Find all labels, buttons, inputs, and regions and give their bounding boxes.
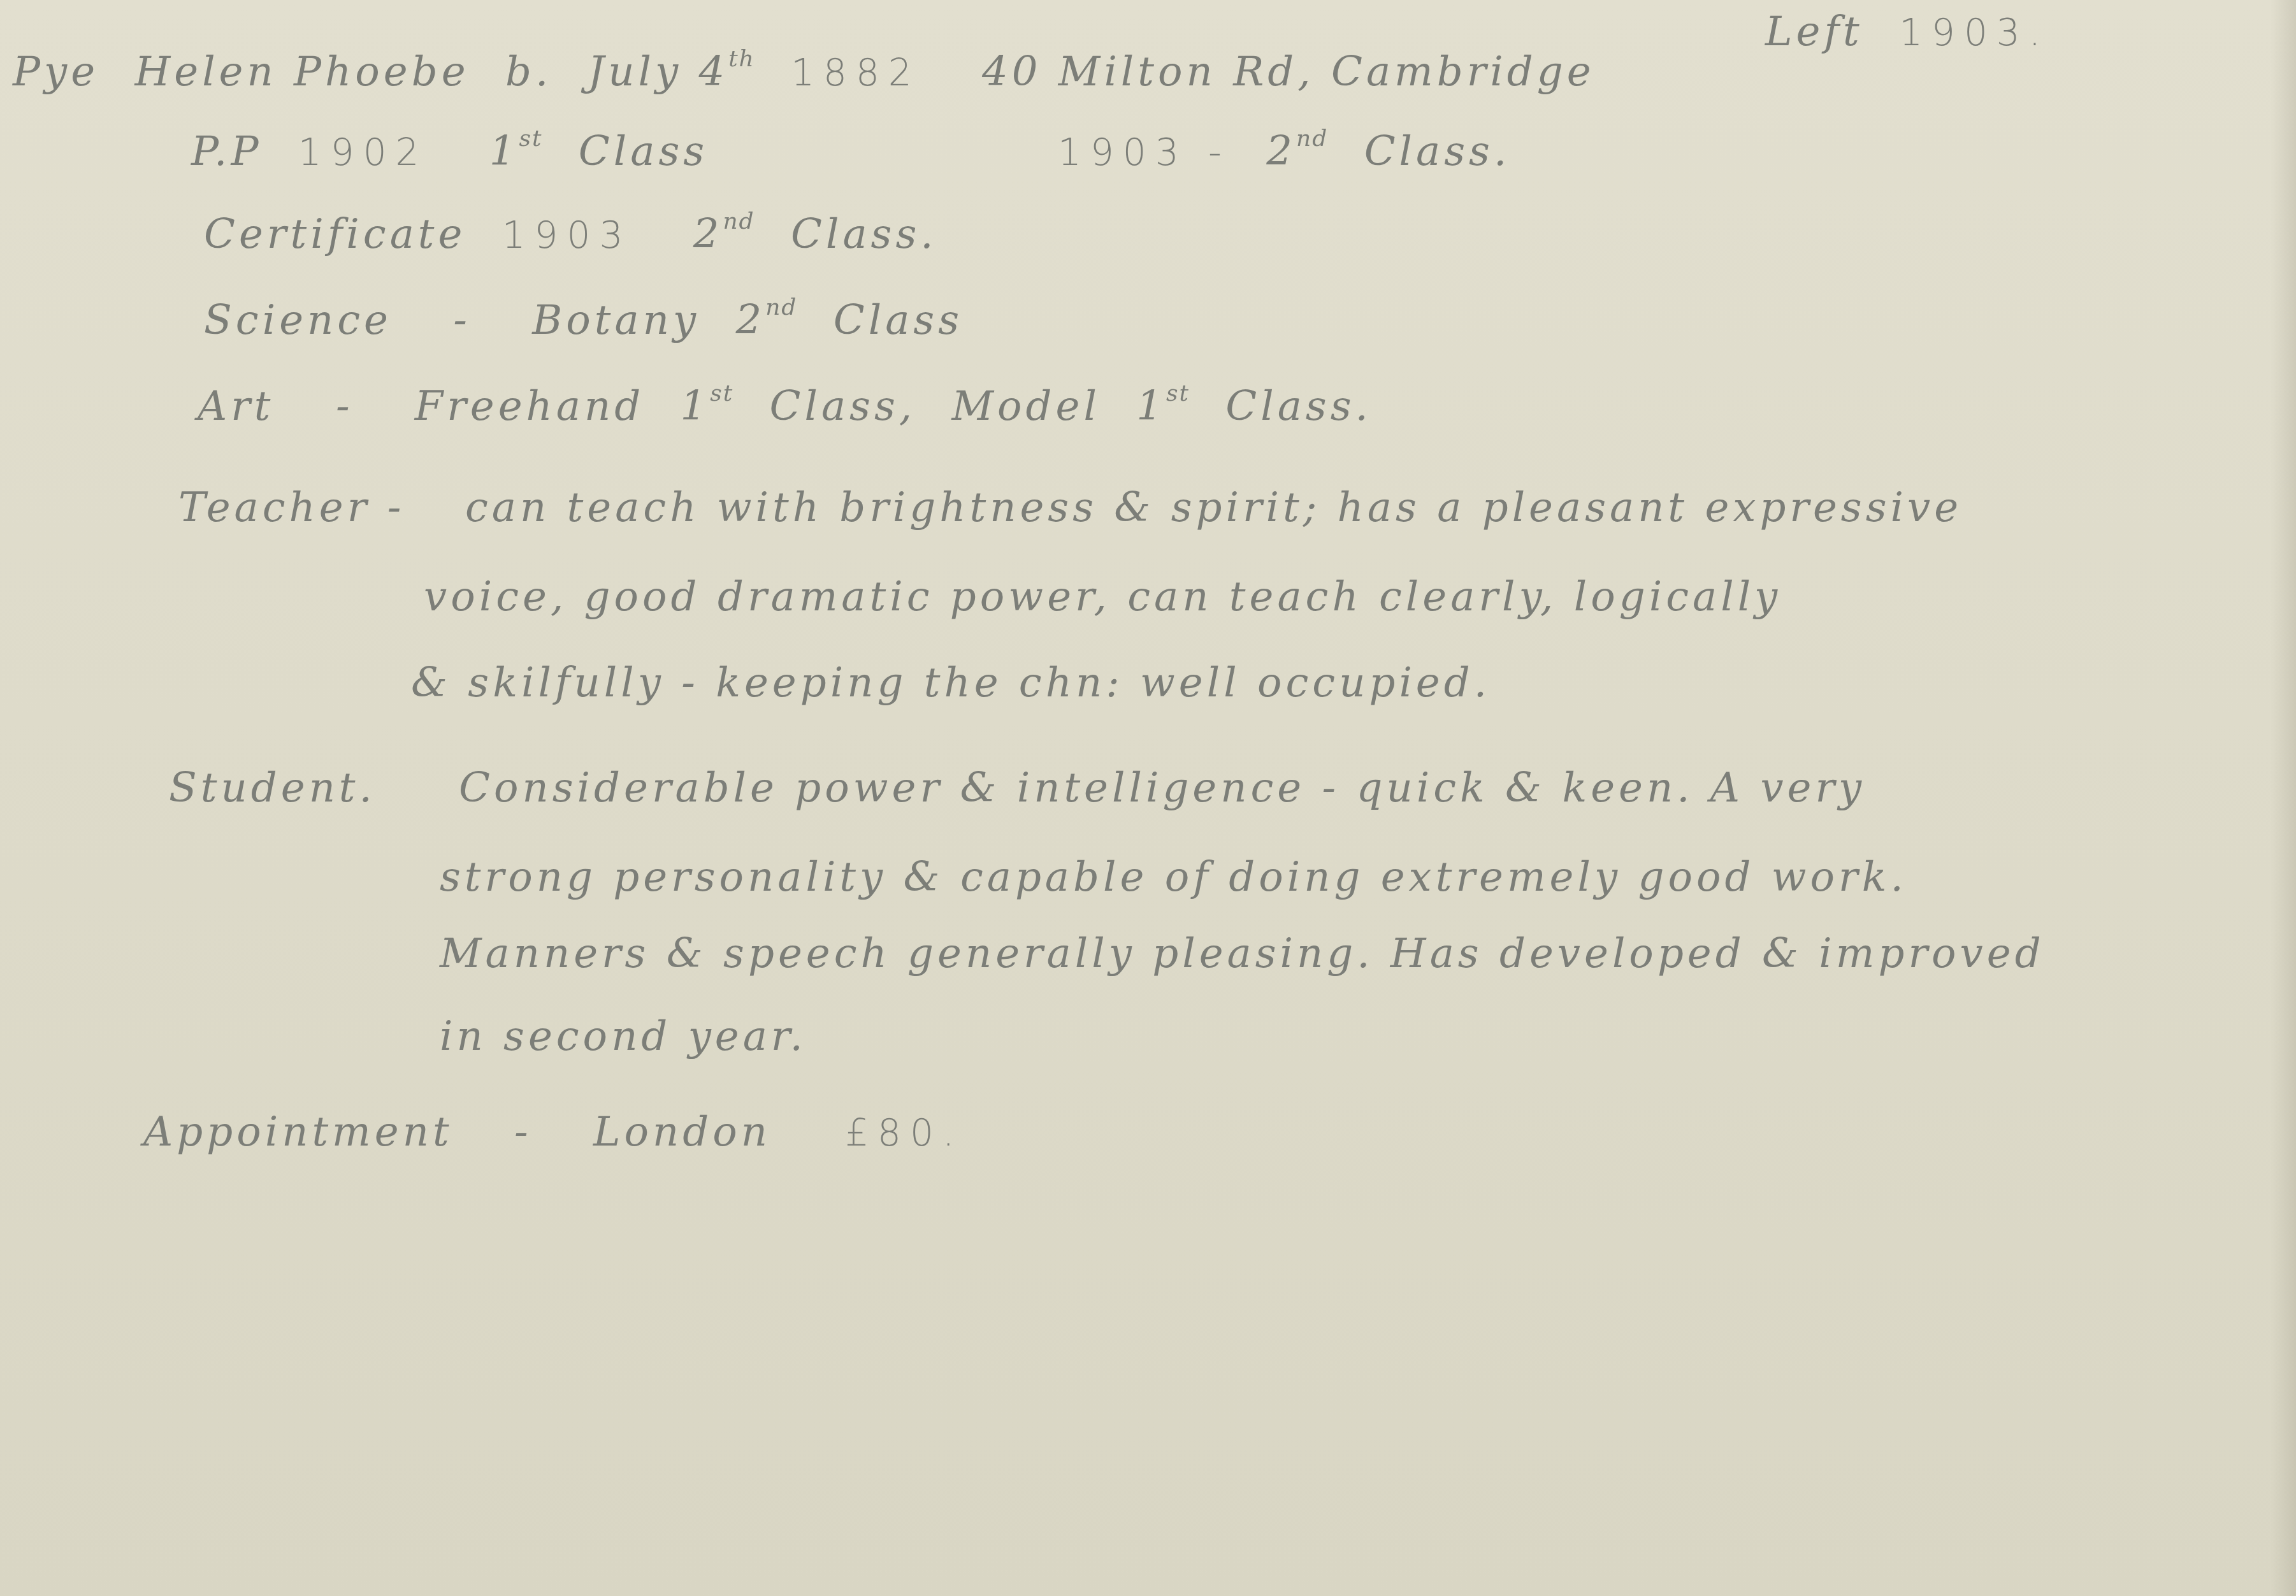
certificate-year: 1903	[502, 217, 632, 254]
left-year: 1903.	[1899, 14, 2049, 51]
appointment-label: Appointment	[143, 1112, 453, 1153]
teacher-text-line-1: can teach with brightness & spirit; has …	[465, 487, 1962, 528]
address: 40 Milton Rd, Cambridge	[982, 52, 1595, 92]
student-text-line-3: Manners & speech generally pleasing. Has…	[440, 933, 2045, 974]
left-label: Left	[1765, 11, 1863, 52]
science-class-suffix: nd	[765, 296, 797, 319]
student-text-line-2: strong personality & capable of doing ex…	[440, 857, 1907, 898]
art-class2-suffix: st	[1166, 382, 1190, 405]
teacher-label: Teacher -	[178, 487, 405, 528]
certificate-class-num: 2	[693, 214, 723, 255]
science-subject: Botany	[532, 300, 700, 341]
certificate-label: Certificate	[204, 214, 466, 255]
teacher-text-line-2: voice, good dramatic power, can teach cl…	[424, 577, 1781, 617]
certificate-class-suffix: nd	[723, 210, 755, 233]
pp-class2-word: Class.	[1364, 131, 1511, 172]
born-day-suffix: th	[728, 48, 755, 71]
pp-class1-word: Class	[579, 131, 708, 172]
science-class-num: 2	[735, 300, 765, 341]
certificate-class-word: Class.	[791, 214, 937, 255]
surname: Pye	[13, 52, 99, 92]
art-class1-suffix: st	[710, 382, 733, 405]
student-text-line-4: in second year.	[440, 1016, 807, 1057]
born-label: b.	[505, 52, 552, 92]
art-line: Art - Freehand 1st Class, Model 1st Clas…	[198, 382, 1372, 427]
pp-year2: 1903 -	[1058, 134, 1231, 171]
art-class2-num: 1	[1136, 386, 1166, 427]
teacher-text-line-3: & skilfully - keeping the chn: well occu…	[411, 663, 1491, 703]
art-sep: -	[336, 386, 354, 427]
pp-class2-suffix: nd	[1296, 127, 1328, 150]
born-year: 1882	[791, 54, 921, 91]
art-class1-num: 1	[681, 386, 711, 427]
science-label: Science	[204, 300, 392, 341]
art-class1-word: Class,	[770, 386, 916, 427]
science-class-word: Class	[834, 300, 963, 341]
science-line: Science - Botany 2nd Class	[204, 296, 963, 341]
student-text-line-1: Considerable power & intelligence - quic…	[459, 768, 1865, 809]
left-note: Left 1903.	[1765, 11, 2049, 52]
student-label: Student.	[169, 768, 376, 809]
art-subject2: Model	[951, 386, 1100, 427]
pp-label: P.P	[191, 131, 263, 172]
pp-class1-num: 1	[489, 131, 519, 172]
given-names: Helen Phoebe	[134, 52, 469, 92]
pp-class2-num: 2	[1266, 131, 1296, 172]
record-page: Pye Helen Phoebe b. July 4th 1882 40 Mil…	[0, 0, 2296, 1596]
science-sep: -	[453, 300, 471, 341]
pp-year1: 1902	[298, 134, 428, 171]
appointment-place: London	[593, 1112, 771, 1153]
appointment-sep: -	[514, 1112, 532, 1153]
pp-line: P.P 1902 1st Class	[191, 127, 708, 172]
certificate-line: Certificate 1903 2nd Class.	[204, 210, 937, 255]
art-subject1: Freehand	[415, 386, 644, 427]
appointment-line: Appointment - London £80.	[143, 1112, 963, 1153]
art-label: Art	[198, 386, 275, 427]
pp-class1-suffix: st	[519, 127, 543, 150]
art-class2-word: Class.	[1225, 386, 1372, 427]
header-line: Pye Helen Phoebe b. July 4th 1882 40 Mil…	[13, 48, 1595, 92]
appointment-salary: £80.	[845, 1114, 963, 1151]
born-date: July 4	[588, 52, 729, 92]
pp-line-2: 1903 - 2nd Class.	[1058, 127, 1510, 172]
